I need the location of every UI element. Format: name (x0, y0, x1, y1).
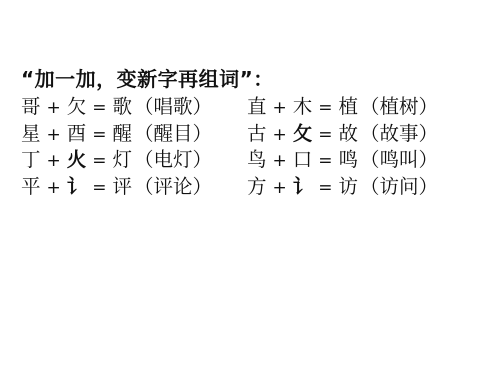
plus-sign: + (273, 95, 287, 121)
radical-char: 木 (293, 94, 313, 120)
result-char: 植 (339, 94, 359, 120)
result-char: 故 (339, 121, 359, 147)
base-char: 鸟 (247, 147, 267, 173)
equation-left: 平 + 讠 = 评 （评论） (21, 174, 212, 201)
result-char: 灯 (113, 147, 133, 173)
equals-sign: = (92, 122, 106, 148)
base-char: 哥 (21, 94, 41, 120)
radical-char: 酉 (67, 121, 87, 147)
plus-sign: + (273, 122, 287, 148)
equation-right: 古 + 攵 = 故 （故事） (247, 121, 438, 148)
equals-sign: = (92, 148, 106, 174)
equation-left: 哥 + 欠 = 歌 （唱歌） (21, 94, 212, 121)
equals-sign: = (318, 175, 332, 201)
example-word: （故事） (360, 121, 438, 147)
example-word: （评论） (134, 174, 212, 200)
plus-sign: + (273, 148, 287, 174)
base-char: 丁 (21, 147, 41, 173)
equals-sign: = (318, 148, 332, 174)
radical-char: 讠 (67, 174, 87, 200)
example-word: （醒目） (134, 121, 212, 147)
result-char: 醒 (113, 121, 133, 147)
equals-sign: = (318, 95, 332, 121)
equation-left: 丁 + 火 = 灯 （电灯） (21, 147, 212, 174)
base-char: 古 (247, 121, 267, 147)
plus-sign: + (47, 175, 61, 201)
radical-char: 攵 (293, 121, 313, 147)
result-char: 访 (339, 174, 359, 200)
example-word: （植树） (360, 94, 438, 120)
equation-right: 鸟 + 口 = 鸣 （鸣叫） (247, 147, 438, 174)
plus-sign: + (47, 122, 61, 148)
plus-sign: + (47, 148, 61, 174)
equation-right: 直 + 木 = 植 （植树） (247, 94, 438, 121)
equals-sign: = (92, 95, 106, 121)
result-char: 评 (113, 174, 133, 200)
base-char: 直 (247, 94, 267, 120)
exercise-title: “加一加，变新字再组词”： (21, 66, 274, 92)
radical-char: 欠 (67, 94, 87, 120)
radical-char: 火 (67, 147, 87, 173)
example-word: （唱歌） (134, 94, 212, 120)
example-word: （电灯） (134, 147, 212, 173)
base-char: 方 (247, 174, 267, 200)
plus-sign: + (273, 175, 287, 201)
result-char: 歌 (113, 94, 133, 120)
result-char: 鸣 (339, 147, 359, 173)
equals-sign: = (318, 122, 332, 148)
base-char: 平 (21, 174, 41, 200)
equals-sign: = (92, 175, 106, 201)
radical-char: 讠 (293, 174, 313, 200)
slide: “加一加，变新字再组词”： 哥 + 欠 = 歌 （唱歌） 直 + 木 = 植 （… (0, 0, 500, 375)
plus-sign: + (47, 95, 61, 121)
radical-char: 口 (293, 147, 313, 173)
example-word: （鸣叫） (360, 147, 438, 173)
equation-left: 星 + 酉 = 醒 （醒目） (21, 121, 212, 148)
base-char: 星 (21, 121, 41, 147)
example-word: （访问） (360, 174, 438, 200)
equation-right: 方 + 讠 = 访 （访问） (247, 174, 438, 201)
